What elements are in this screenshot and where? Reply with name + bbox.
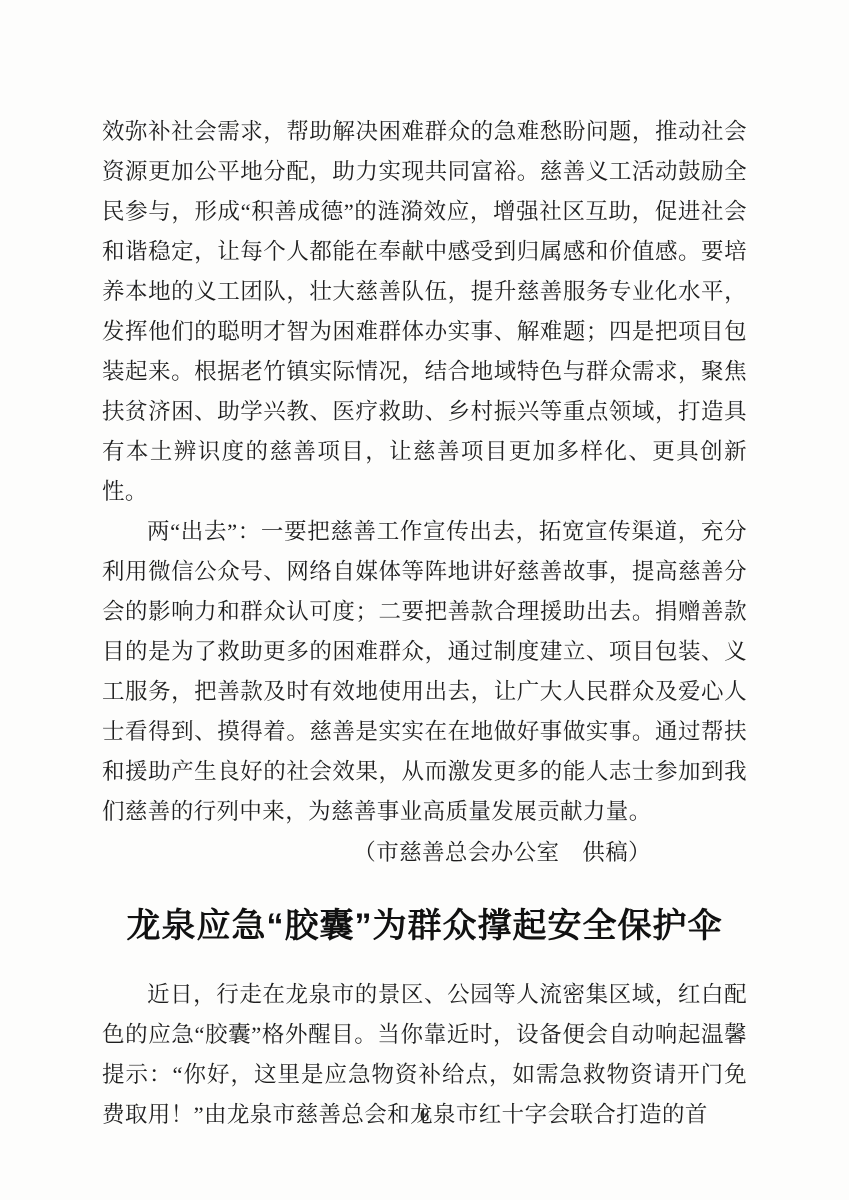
- continuation-paragraph-2: 两“出去”：一要把慈善工作宣传出去，拓宽宣传渠道，充分利用微信公众号、网络自媒体…: [102, 512, 747, 832]
- attribution-line: （市慈善总会办公室 供稿）: [102, 832, 747, 873]
- page-content: 效弥补社会需求，帮助解决困难群众的急难愁盼问题，推动社会资源更加公平地分配，助力…: [102, 112, 747, 1135]
- page-number: 6: [0, 1104, 849, 1128]
- document-page: 效弥补社会需求，帮助解决困难群众的急难愁盼问题，推动社会资源更加公平地分配，助力…: [0, 0, 849, 1200]
- article-title: 龙泉应急“胶囊”为群众撑起安全保护伞: [102, 903, 747, 949]
- continuation-paragraph-1: 效弥补社会需求，帮助解决困难群众的急难愁盼问题，推动社会资源更加公平地分配，助力…: [102, 112, 747, 512]
